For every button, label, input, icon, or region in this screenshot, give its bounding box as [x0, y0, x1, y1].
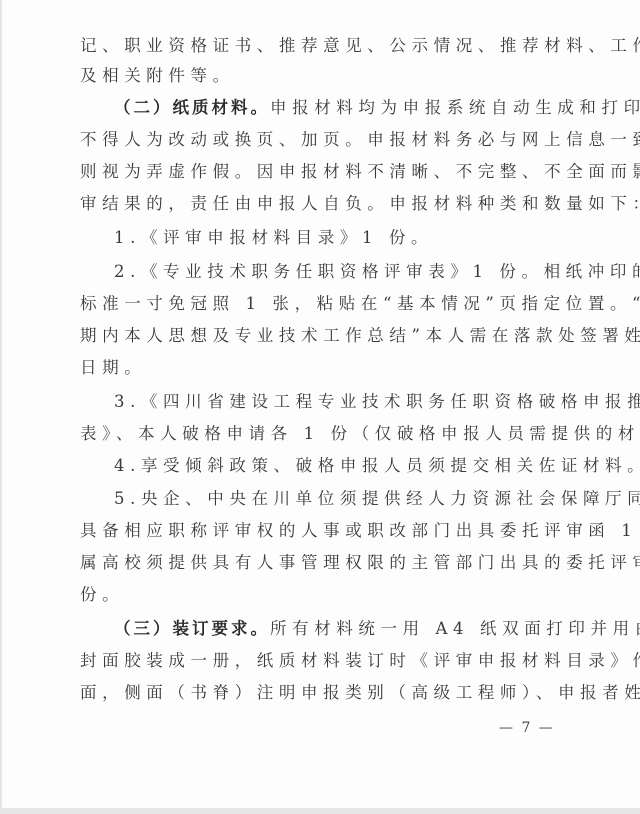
text-line: 标准一寸免冠照 1 张，粘贴在“基本情况”页指定位置。“任现职 [80, 294, 560, 314]
text-line: 记、职业资格证书、推荐意见、公示情况、推荐材料、工作总结 [80, 36, 560, 56]
text-span: 所有材料统一用 A4 纸双面打印并用白色 [270, 619, 640, 638]
document-page: 记、职业资格证书、推荐意见、公示情况、推荐材料、工作总结 及相关附件等。 （二）… [2, 0, 640, 808]
section-heading-paper-materials: （二）纸质材料。 [114, 98, 270, 117]
text-span: 申报材料均为申报系统自动生成和打印， [270, 98, 640, 117]
text-line: 审结果的，责任由申报人自负。申报材料种类和数量如下： [80, 194, 560, 214]
text-line: 不得人为改动或换页、加页。申报材料务必与网上信息一致，否 [80, 130, 560, 150]
page-number: — 7 — [499, 720, 555, 736]
list-item-5: 5.央企、中央在川单位须提供经人力资源社会保障厅同意的 [114, 489, 594, 509]
text-line: 表》、本人破格申请各 1 份（仅破格申报人员需提供的材料）。 [80, 424, 560, 444]
text-line: 封面胶装成一册，纸质材料装订时《评审申报材料目录》作为封 [80, 651, 560, 671]
section-paragraph-binding: （三）装订要求。所有材料统一用 A4 纸双面打印并用白色 [114, 619, 594, 639]
text-line: 及相关附件等。 [80, 66, 560, 86]
text-line: 具备相应职称评审权的人事或职改部门出具委托评审函 1 份。省 [80, 521, 560, 541]
section-heading-binding: （三）装订要求。 [114, 619, 270, 638]
text-line: 期内本人思想及专业技术工作总结”本人需在落款处签署姓名及 [80, 326, 560, 346]
text-line: 属高校须提供具有人事管理权限的主管部门出具的委托评审函 1 [80, 553, 560, 573]
text-line: 则视为弄虚作假。因申报材料不清晰、不完整、不全面而影响评 [80, 162, 560, 182]
text-line: 面，侧面（书脊）注明申报类别（高级工程师）、申报者姓名、 [80, 683, 560, 703]
list-item-3: 3.《四川省建设工程专业技术职务任职资格破格申报推荐 [114, 392, 594, 412]
list-item-4: 4.享受倾斜政策、破格申报人员须提交相关佐证材料。 [114, 456, 594, 476]
text-line: 日期。 [80, 358, 560, 378]
text-line: 份。 [80, 585, 560, 605]
list-item-1: 1.《评审申报材料目录》1 份。 [114, 228, 594, 248]
list-item-2: 2.《专业技术职务任职资格评审表》1 份。相纸冲印的近期 [114, 262, 594, 282]
section-paragraph-paper-materials: （二）纸质材料。申报材料均为申报系统自动生成和打印， [114, 98, 594, 118]
